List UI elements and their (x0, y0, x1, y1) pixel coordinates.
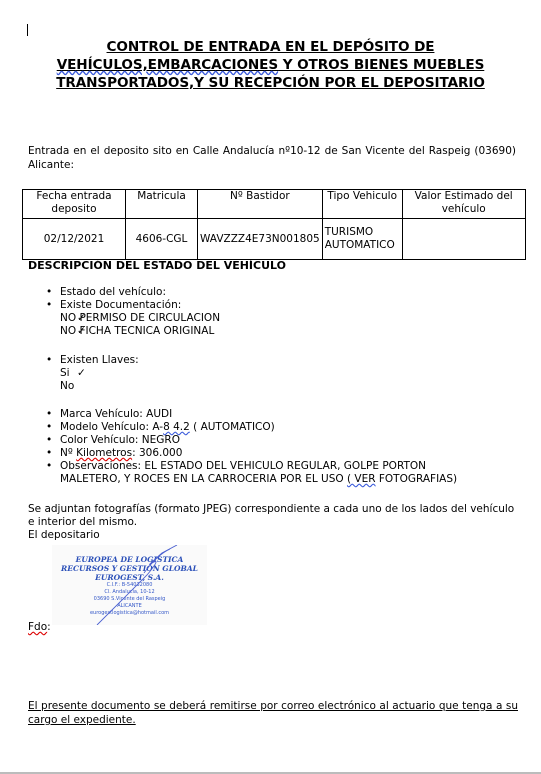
modelo-suffix: ( AUTOMATICO) (190, 421, 275, 433)
fdo-text: Fdo (28, 621, 47, 633)
header-bastidor: Nº Bastidor (198, 190, 323, 219)
llaves-si-text: Si (60, 367, 70, 379)
bullet-icon: • (46, 447, 52, 460)
title-line-1: CONTROL DE ENTRADA EN EL DEPÓSITO DE (0, 38, 541, 56)
llaves-no-text: No (60, 380, 74, 392)
documentacion-label: Existe Documentación: (60, 299, 181, 311)
list-item-observaciones: •Observaciones: EL ESTADO DEL VEHICULO R… (0, 460, 500, 486)
footer-note: El presente documento se deberá remitirs… (28, 699, 518, 727)
km-flag: Kilometros (76, 447, 132, 459)
fdo-colon: : (47, 621, 51, 633)
header-tipo: Tipo Vehiculo (322, 190, 402, 219)
intro-paragraph: Entrada en el deposito sito en Calle And… (28, 144, 516, 172)
photos-note: Se adjuntan fotografías (formato JPEG) c… (28, 503, 518, 529)
header-valor: Valor Estimado del vehículo (402, 190, 525, 219)
modelo-prefix: Modelo Vehículo: A- (60, 421, 163, 433)
cell-tipo: TURISMO AUTOMATICO (322, 219, 402, 260)
modelo-flag: 8 4.2 (163, 421, 190, 433)
table-header-row: Fecha entrada deposito Matricula Nº Bast… (23, 190, 526, 219)
title-line-2a: VEHÍCULOS,EMBARCACIONES (57, 57, 278, 73)
km-suffix: : 306.000 (132, 447, 182, 459)
bullet-icon: • (46, 434, 52, 447)
vehicle-details-list: •Marca Vehículo: AUDI •Modelo Vehículo: … (0, 408, 500, 486)
text-cursor (27, 24, 28, 36)
bullet-icon: • (46, 460, 52, 473)
document-title: CONTROL DE ENTRADA EN EL DEPÓSITO DE VEH… (0, 38, 541, 92)
title-line-2: VEHÍCULOS,EMBARCACIONES Y OTROS BIENES M… (0, 56, 541, 74)
cell-valor (402, 219, 525, 260)
company-stamp: EUROPEA DE LOGISTICA RECURSOS Y GESTIÓN … (52, 545, 207, 625)
check-icon: ✓ (77, 325, 86, 338)
signature-label: Fdo: (28, 621, 51, 633)
vehicle-table: Fecha entrada deposito Matricula Nº Bast… (22, 189, 526, 260)
cell-fecha: 02/12/2021 (23, 219, 126, 260)
cell-matricula: 4606-CGL (126, 219, 198, 260)
header-matricula: Matricula (126, 190, 198, 219)
list-item-marca: •Marca Vehículo: AUDI (0, 408, 500, 421)
section-heading: DESCRIPCIÓN DEL ESTADO DEL VEHÍCULO (28, 259, 286, 272)
bullet-icon: • (46, 408, 52, 421)
bullet-icon: • (46, 421, 52, 434)
estado-label: Estado del vehículo: (60, 286, 166, 298)
signature-icon (52, 545, 207, 625)
color-text: Color Vehículo: NEGRO (60, 434, 180, 446)
bullet-icon: • (46, 286, 52, 299)
title-line-3: TRANSPORTADOS,Y SU RECEPCIÓN POR EL DEPO… (0, 74, 541, 92)
doc-item-1: ✓NO PERMISO DE CIRCULACION (0, 312, 220, 325)
list-item-llaves: •Existen Llaves: (0, 354, 139, 367)
llaves-si: ✓Si (0, 367, 139, 380)
list-item-color: •Color Vehículo: NEGRO (0, 434, 500, 447)
bullet-icon: • (46, 299, 52, 312)
llaves-no: No (0, 380, 139, 393)
cell-bastidor: WAVZZZ4E73N001805 (198, 219, 323, 260)
km-prefix: Nº (60, 447, 76, 459)
obs-part-2: FOTOGRAFIAS) (376, 473, 458, 485)
depositario-label: El depositario (28, 529, 518, 542)
table-row: 02/12/2021 4606-CGL WAVZZZ4E73N001805 TU… (23, 219, 526, 260)
llaves-label: Existen Llaves: (60, 354, 139, 366)
list-item-estado: •Estado del vehículo: (0, 286, 220, 299)
obs-flag: ( VER (347, 473, 376, 485)
llaves-list: •Existen Llaves: ✓Si No (0, 354, 139, 393)
list-item-modelo: •Modelo Vehículo: A-8 4.2 ( AUTOMATICO) (0, 421, 500, 434)
list-item-km: •Nº Kilometros: 306.000 (0, 447, 500, 460)
estado-list: •Estado del vehículo: •Existe Documentac… (0, 286, 220, 338)
check-icon: ✓ (77, 312, 86, 325)
marca-text: Marca Vehículo: AUDI (60, 408, 172, 420)
header-fecha: Fecha entrada deposito (23, 190, 126, 219)
check-icon: ✓ (77, 367, 86, 380)
list-item-documentacion: •Existe Documentación: (0, 299, 220, 312)
doc-item-2: ✓NO FICHA TECNICA ORIGINAL (0, 325, 220, 338)
title-line-2b: Y OTROS BIENES MUEBLES (278, 57, 484, 73)
bullet-icon: • (46, 354, 52, 367)
